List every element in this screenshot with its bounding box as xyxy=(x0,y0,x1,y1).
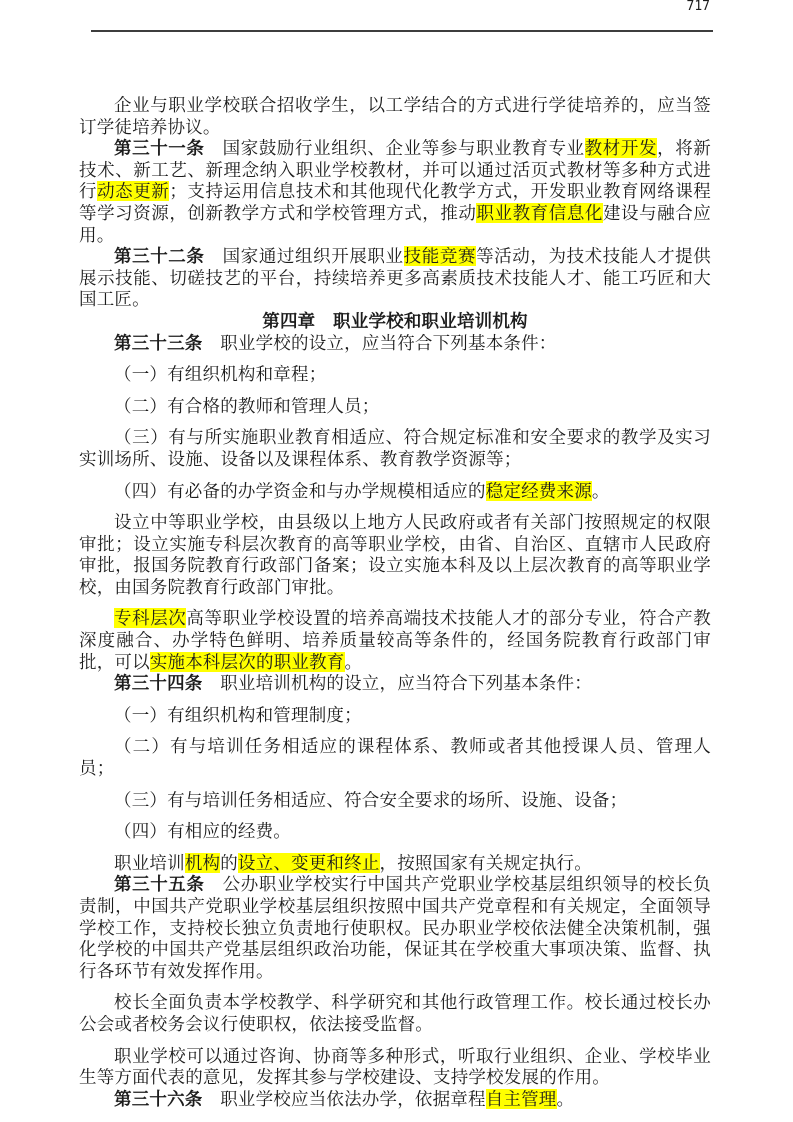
text-segment: （四）有必备的办学资金和与办学规模相适应的 xyxy=(114,481,486,501)
list-item: （三）有与所实施职业教育相适应、符合规定标准和安全要求的教学及实习实训场所、设施… xyxy=(79,427,711,470)
article-paragraph: 设立中等职业学校，由县级以上地方人民政府或者有关部门按照规定的权限审批；设立实施… xyxy=(79,512,711,598)
article-number: 第三十三条 xyxy=(114,333,203,353)
list-item: （三）有与培训任务相适应、符合安全要求的场所、设施、设备； xyxy=(79,790,711,812)
article-paragraph: 校长全面负责本学校教学、科学研究和其他行政管理工作。校长通过校长办公会或者校务会… xyxy=(79,992,711,1035)
article-paragraph: 第三十六条 职业学校应当依法办学，依据章程自主管理。 xyxy=(79,1089,711,1111)
article-number: 第三十六条 xyxy=(114,1089,203,1109)
text-segment: （二）有与培训任务相适应的课程体系、教师或者其他授课人员、管理人员； xyxy=(79,736,711,778)
text-segment: （二）有合格的教师和管理人员； xyxy=(114,396,380,416)
list-item: （二）有与培训任务相适应的课程体系、教师或者其他授课人员、管理人员； xyxy=(79,736,711,779)
article-number: 第三十五条 xyxy=(114,874,205,894)
text-segment: 的 xyxy=(220,853,238,873)
article-paragraph: 职业学校可以通过咨询、协商等多种形式，听取行业组织、企业、学校毕业生等方面代表的… xyxy=(79,1046,711,1089)
highlighted-text: 设立、变更和终止 xyxy=(238,853,380,873)
text-segment: 校长全面负责本学校教学、科学研究和其他行政管理工作。校长通过校长办公会或者校务会… xyxy=(79,992,711,1034)
chapter-heading: 第四章 职业学校和职业培训机构 xyxy=(79,311,711,333)
text-segment: （三）有与所实施职业教育相适应、符合规定标准和安全要求的教学及实习实训场所、设施… xyxy=(79,427,711,469)
text-segment: 。 xyxy=(345,652,363,672)
text-segment: 职业培训机构的设立，应当符合下列基本条件： xyxy=(203,673,592,693)
article-paragraph: 第三十四条 职业培训机构的设立，应当符合下列基本条件： xyxy=(79,673,711,695)
list-item: （四）有必备的办学资金和与办学规模相适应的稳定经费来源。 xyxy=(79,481,711,503)
highlighted-text: 技能竞赛 xyxy=(404,246,476,266)
document-content: 企业与职业学校联合招收学生，以工学结合的方式进行学徒培养的，应当签订学徒培养协议… xyxy=(79,95,711,1110)
text-segment: 职业学校应当依法办学，依据章程 xyxy=(203,1089,486,1109)
article-paragraph: 第三十五条 公办职业学校实行中国共产党职业学校基层组织领导的校长负责制，中国共产… xyxy=(79,874,711,982)
highlighted-text: 稳定经费来源 xyxy=(486,481,592,501)
text-segment: 职业学校可以通过咨询、协商等多种形式，听取行业组织、企业、学校毕业生等方面代表的… xyxy=(79,1046,711,1088)
text-segment: 。 xyxy=(592,481,610,501)
document-page: 717 企业与职业学校联合招收学生，以工学结合的方式进行学徒培养的，应当签订学徒… xyxy=(0,0,793,1122)
text-segment: 第四章 职业学校和职业培训机构 xyxy=(262,311,528,331)
text-segment: 。 xyxy=(557,1089,575,1109)
highlighted-text: 实施本科层次的职业教育 xyxy=(150,652,345,672)
article-number: 第三十二条 xyxy=(114,246,205,266)
list-item: （一）有组织机构和章程； xyxy=(79,364,711,386)
article-number: 第三十四条 xyxy=(114,673,203,693)
text-segment: （一）有组织机构和章程； xyxy=(114,364,326,384)
text-segment: 国家鼓励行业组织、企业等参与职业教育专业 xyxy=(205,138,585,158)
text-segment: 职业培训 xyxy=(114,853,185,873)
article-paragraph: 第三十二条 国家通过组织开展职业技能竞赛等活动，为技术技能人才提供展示技能、切磋… xyxy=(79,246,711,311)
article-paragraph: 专科层次高等职业学校设置的培养高端技术技能人才的部分专业，符合产教深度融合、办学… xyxy=(79,608,711,673)
article-paragraph: 企业与职业学校联合招收学生，以工学结合的方式进行学徒培养的，应当签订学徒培养协议… xyxy=(79,95,711,138)
highlighted-text: 教材开发 xyxy=(585,138,657,158)
text-segment: 企业与职业学校联合招收学生，以工学结合的方式进行学徒培养的，应当签订学徒培养协议… xyxy=(79,95,711,137)
article-number: 第三十一条 xyxy=(114,138,205,158)
highlighted-text: 职业教育信息化 xyxy=(476,203,602,223)
list-item: （二）有合格的教师和管理人员； xyxy=(79,396,711,418)
header-divider xyxy=(91,30,713,32)
article-paragraph: 职业培训机构的设立、变更和终止，按照国家有关规定执行。 xyxy=(79,853,711,875)
text-segment: （四）有相应的经费。 xyxy=(114,821,291,841)
highlighted-text: 专科层次 xyxy=(114,608,186,628)
text-segment: 设立中等职业学校，由县级以上地方人民政府或者有关部门按照规定的权限审批；设立实施… xyxy=(79,512,711,597)
highlighted-text: 自主管理 xyxy=(486,1089,557,1109)
highlighted-text: 动态更新 xyxy=(97,181,169,201)
article-paragraph: 第三十三条 职业学校的设立，应当符合下列基本条件： xyxy=(79,333,711,355)
text-segment: 职业学校的设立，应当符合下列基本条件： xyxy=(203,333,557,353)
text-segment: （一）有组织机构和管理制度； xyxy=(114,705,362,725)
article-paragraph: 第三十一条 国家鼓励行业组织、企业等参与职业教育专业教材开发，将新技术、新工艺、… xyxy=(79,138,711,246)
text-segment: （三）有与培训任务相适应、符合安全要求的场所、设施、设备； xyxy=(114,790,627,810)
text-segment: 国家通过组织开展职业 xyxy=(205,246,404,266)
page-number: 717 xyxy=(687,0,710,14)
list-item: （四）有相应的经费。 xyxy=(79,821,711,843)
text-segment: ，按照国家有关规定执行。 xyxy=(380,853,592,873)
list-item: （一）有组织机构和管理制度； xyxy=(79,705,711,727)
highlighted-text: 机构 xyxy=(185,853,220,873)
